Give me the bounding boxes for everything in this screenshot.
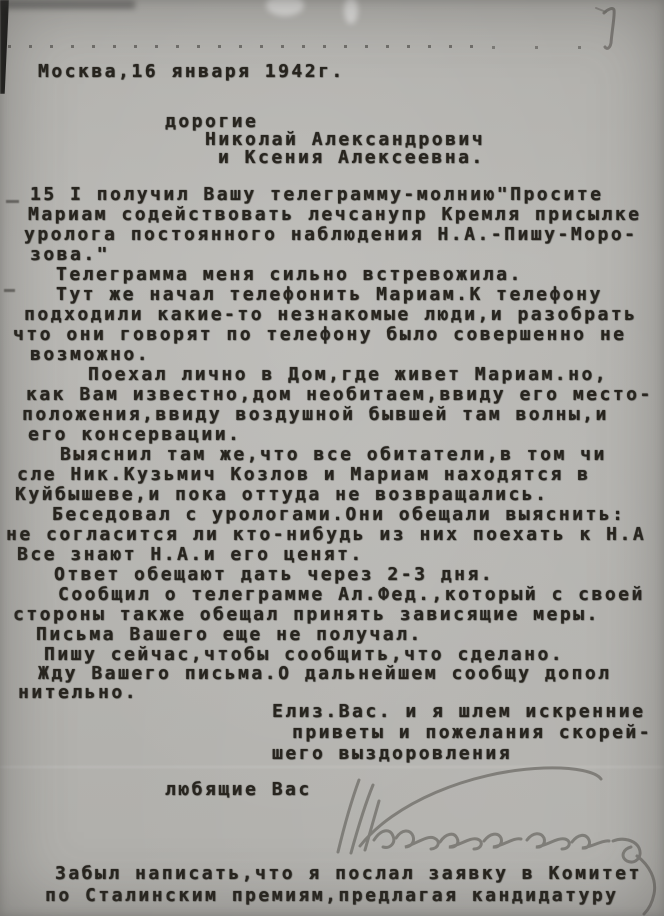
text-line: Беседовал с урологами.Они обещали выясни… <box>52 505 626 525</box>
text-line: Ответ обещают дать через 2-3 дня. <box>54 565 494 585</box>
text-line: возможно. <box>30 345 150 365</box>
text-line: нительно. <box>18 683 138 703</box>
text-line: Сообщил о телеграмме Ал.Фед.,который с с… <box>58 585 645 605</box>
text-line: стороны также обещал принять зависящие м… <box>13 605 600 625</box>
text-line: Поехал лично в Дом,где живет Мариам.но, <box>88 365 608 385</box>
text-line: и Ксения Алексеевна. <box>218 148 485 168</box>
text-line: приветы и пожелания скорей- <box>292 723 652 743</box>
text-line: что они говорят по телефону было соверше… <box>13 325 627 345</box>
text-line: уролога постоянного наблюдения Н.А.-Пишу… <box>24 225 638 245</box>
scanned-letter-page: Москва,16 января 1942г.дорогиеНиколай Ал… <box>0 0 664 916</box>
typewritten-text-layer: Москва,16 января 1942г.дорогиеНиколай Ал… <box>0 0 664 916</box>
text-line: Жду Вашего письма.О дальнейшем сообщу до… <box>38 664 612 684</box>
text-line: шего выздоровления <box>272 744 512 764</box>
text-line: положения,ввиду воздушной бывшей там вол… <box>22 405 609 425</box>
text-line: по Сталинским премиям,предлагая кандидат… <box>45 886 619 906</box>
text-line: Куйбышеве,и пока оттуда не возвращались. <box>15 485 548 505</box>
text-line: Москва,16 января 1942г. <box>38 62 345 82</box>
text-line: Мариам содействовать лечсанупр Кремля пр… <box>28 205 642 225</box>
text-line: сле Ник.Кузьмич Козлов и Мариам находятс… <box>17 465 591 485</box>
text-line: зова." <box>30 245 110 265</box>
text-line: Выяснил там же,что все обитатели,в том ч… <box>60 445 607 465</box>
text-line: Елиз.Вас. и я шлем искренние <box>272 702 645 722</box>
text-line: 15 I получил Вашу телеграмму-молнию"Прос… <box>30 185 604 205</box>
text-line: Все знают Н.А.и его ценят. <box>17 545 364 565</box>
text-line: подходили какие-то незнакомые люди,и раз… <box>24 305 638 325</box>
text-line: не согласится ли кто-нибудь из них поеха… <box>6 525 646 545</box>
text-line: любящие Вас <box>165 780 312 800</box>
text-line: Телеграмма меня сильно встревожила. <box>56 265 523 285</box>
text-line: как Вам известно,дом необитаем,ввиду его… <box>26 385 653 405</box>
text-line: Пишу сейчас,чтобы сообщить,что сделано. <box>44 645 564 665</box>
text-line: Тут же начал телефонить Мариам.К телефон… <box>56 285 603 305</box>
text-line: Письма Вашего еще не получал. <box>36 625 423 645</box>
text-line: его консервации. <box>28 425 241 445</box>
text-line: Забыл написать,что я послал заявку в Ком… <box>55 864 642 884</box>
